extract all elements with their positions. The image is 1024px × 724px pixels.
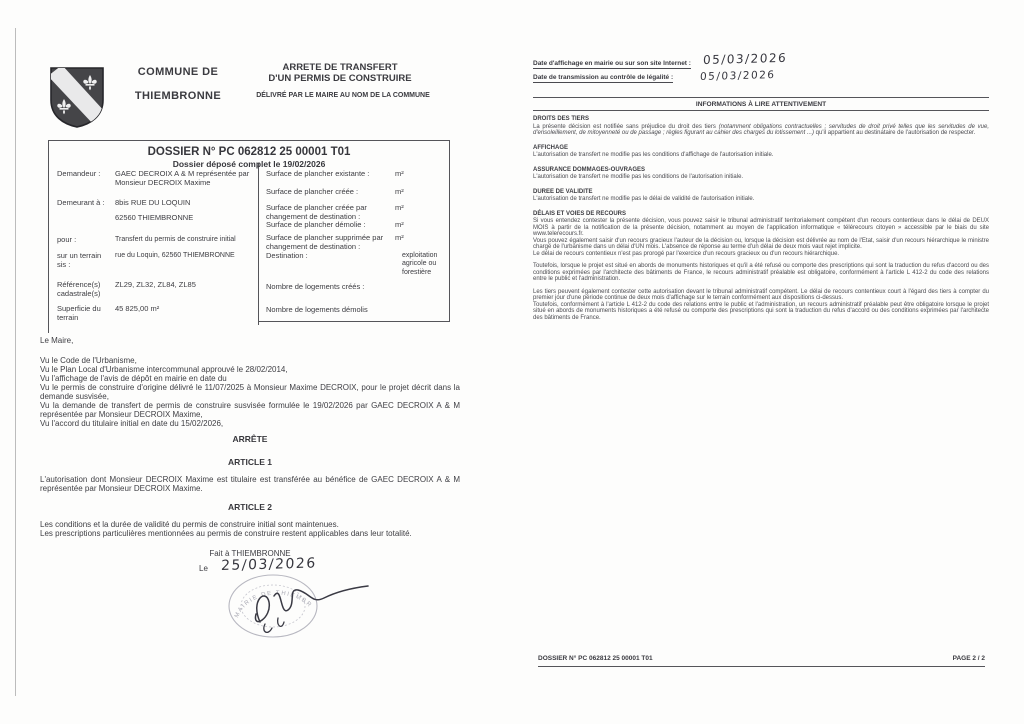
date-affichage-handwritten: 05/03/2026: [703, 51, 788, 67]
signature-date-prefix: Le: [199, 564, 208, 573]
row-demeurant-value2: 62560 THIEMBRONNE: [115, 214, 193, 223]
row-surf-creee-chg-unit: m²: [395, 204, 404, 213]
document-title: ARRETE DE TRANSFERT D'UN PERMIS DE CONST…: [240, 62, 440, 84]
vu-line-5: Vu la demande de transfert de permis de …: [40, 401, 460, 419]
row-logements-crees-label: Nombre de logements créés :: [266, 283, 416, 292]
date-transmission-line: Date de transmission au contrôle de léga…: [533, 74, 673, 83]
row-surf-creee-chg-label: Surface de plancher créée par changement…: [266, 204, 392, 221]
droits-title: DROITS DES TIERS: [533, 116, 989, 123]
vu-line-6: Vu l'accord du titulaire initial en date…: [40, 419, 460, 428]
delais-paragraph-2: Vous pouvez également saisir d'un recour…: [533, 238, 989, 251]
row-demeurant-value1: 8bis RUE DU LOQUIN: [115, 199, 190, 208]
row-cadastre-label: Référence(s) cadastrale(s): [57, 281, 109, 298]
affichage-text: L'autorisation de transfert ne modifie p…: [533, 152, 989, 159]
duree-title: DUREE DE VALIDITE: [533, 189, 989, 196]
delais-paragraph-6: Toutefois, conformément à l'article L 41…: [533, 302, 989, 322]
row-superficie-label: Superficie du terrain: [57, 305, 109, 322]
date-transmission-label: Date de transmission au contrôle de léga…: [533, 74, 673, 83]
row-surf-supprimee-unit: m²: [395, 234, 404, 243]
mayor-stamp-and-signature: MAIRIE DE THIEMBRONNE: [216, 566, 376, 644]
dossier-number-title: DOSSIER N° PC 062812 25 00001 T01: [48, 146, 450, 158]
informations-sections: DROITS DES TIERS La présente décision es…: [533, 116, 989, 321]
delais-paragraph-3: Le délai de recours contentieux n'est pa…: [533, 251, 989, 258]
row-surf-existante-unit: m²: [395, 170, 404, 179]
commune-line1: COMMUNE DE: [130, 66, 226, 78]
row-cadastre-value: ZL29, ZL32, ZL84, ZL85: [115, 281, 196, 290]
assurance-text: L'autorisation de transfert ne modifie p…: [533, 174, 989, 181]
row-surf-demolie-label: Surface de plancher démolie :: [266, 221, 392, 230]
date-affichage-line: Date d'affichage en mairie ou sur son si…: [533, 60, 691, 69]
article2-heading: ARTICLE 2: [40, 502, 460, 512]
delais-paragraph-5: Les tiers peuvent également contester ce…: [533, 289, 989, 302]
table-border-top: [48, 140, 450, 141]
delais-paragraph-4: Toutefois, lorsque le projet est situé e…: [533, 263, 989, 283]
le-maire-line: Le Maire,: [40, 336, 73, 345]
row-terrain-label: sur un terrain sis :: [57, 252, 109, 269]
row-surf-demolie-unit: m²: [395, 221, 404, 230]
page-footer: DOSSIER N° PC 062812 25 00001 T01 PAGE 2…: [538, 655, 985, 667]
commune-coat-of-arms: [47, 64, 107, 130]
vu-line-1: Vu le Code de l'Urbanisme,: [40, 356, 460, 365]
row-surf-creee-label: Surface de plancher créée :: [266, 188, 392, 197]
table-border-bottom-right: [258, 321, 450, 322]
row-surf-existante-label: Surface de plancher existante :: [266, 170, 392, 179]
row-terrain-value: rue du Loquin, 62560 THIEMBRONNE: [115, 252, 235, 261]
commune-line2: THIEMBRONNE: [130, 90, 226, 102]
date-affichage-label: Date d'affichage en mairie ou sur son si…: [533, 60, 691, 69]
row-demandeur-value: GAEC DECROIX A & M représentée par Monsi…: [115, 170, 253, 187]
row-destination-value: exploitation agricole ou forestière: [402, 252, 448, 277]
scanned-arrete-document: { "colors": { "ink": "#3f3f44", "paper":…: [0, 0, 1024, 724]
article1-text: L'autorisation dont Monsieur DECROIX Max…: [40, 475, 460, 493]
assurance-title: ASSURANCE DOMMAGES-OUVRAGES: [533, 167, 989, 174]
vu-line-2: Vu le Plan Local d'Urbanisme intercommun…: [40, 365, 460, 374]
droits-paragraph: La présente décision est notifiée sans p…: [533, 124, 989, 137]
date-transmission-handwritten: 05/03/2026: [700, 69, 776, 83]
row-superficie-value: 45 825,00 m²: [115, 305, 159, 314]
dossier-deposit-line: Dossier déposé complet le 19/02/2026: [48, 159, 450, 169]
row-pour-label: pour :: [57, 236, 117, 245]
commune-name-block: COMMUNE DE THIEMBRONNE: [130, 66, 226, 102]
title-line2: D'UN PERMIS DE CONSTRUIRE: [240, 73, 440, 84]
signature-scrawl-loop: [264, 618, 284, 632]
row-pour-value: Transfert du permis de construire initia…: [115, 236, 236, 245]
document-subtitle: DÉLIVRÉ PAR LE MAIRE AU NOM DE LA COMMUN…: [228, 92, 458, 99]
row-demandeur-label: Demandeur :: [57, 170, 117, 179]
delais-paragraph-1: Si vous entendez contester la présente d…: [533, 218, 989, 238]
article1-heading: ARTICLE 1: [40, 457, 460, 467]
vu-line-3: Vu l'affichage de l'avis de dépôt en mai…: [40, 374, 460, 383]
row-demeurant-label: Demeurant à :: [57, 199, 117, 208]
delais-title: DÉLAIS ET VOIES DE RECOURS: [533, 211, 989, 218]
article2-line2: Les prescriptions particulières mentionn…: [40, 529, 460, 538]
row-surf-creee-unit: m²: [395, 188, 404, 197]
vu-line-4: Vu le permis de construire d'origine dél…: [40, 383, 460, 401]
scan-line-artifact: [15, 28, 16, 696]
informations-banner: INFORMATIONS À LIRE ATTENTIVEMENT: [533, 97, 989, 111]
row-destination-label: Destination :: [266, 252, 392, 261]
article2-text: Les conditions et la durée de validité d…: [40, 520, 460, 538]
affichage-title: AFFICHAGE: [533, 145, 989, 152]
footer-page-label: PAGE 2 / 2: [953, 655, 985, 662]
row-logements-demolis-label: Nombre de logements démolis: [266, 306, 416, 315]
vu-block: Vu le Code de l'Urbanisme, Vu le Plan Lo…: [40, 356, 460, 428]
duree-text: L'autorisation de transfert ne modifie p…: [533, 196, 989, 203]
stamp-ring-text: MAIRIE DE THIEMBRONNE: [216, 566, 313, 619]
table-divider: [258, 163, 259, 325]
article2-line1: Les conditions et la durée de validité d…: [40, 520, 460, 529]
footer-dossier-ref: DOSSIER N° PC 062812 25 00001 T01: [538, 655, 653, 662]
title-line1: ARRETE DE TRANSFERT: [240, 62, 440, 73]
row-surf-supprimee-label: Surface de plancher supprimée par change…: [266, 234, 392, 251]
arrete-heading: ARRÊTE: [40, 434, 460, 444]
